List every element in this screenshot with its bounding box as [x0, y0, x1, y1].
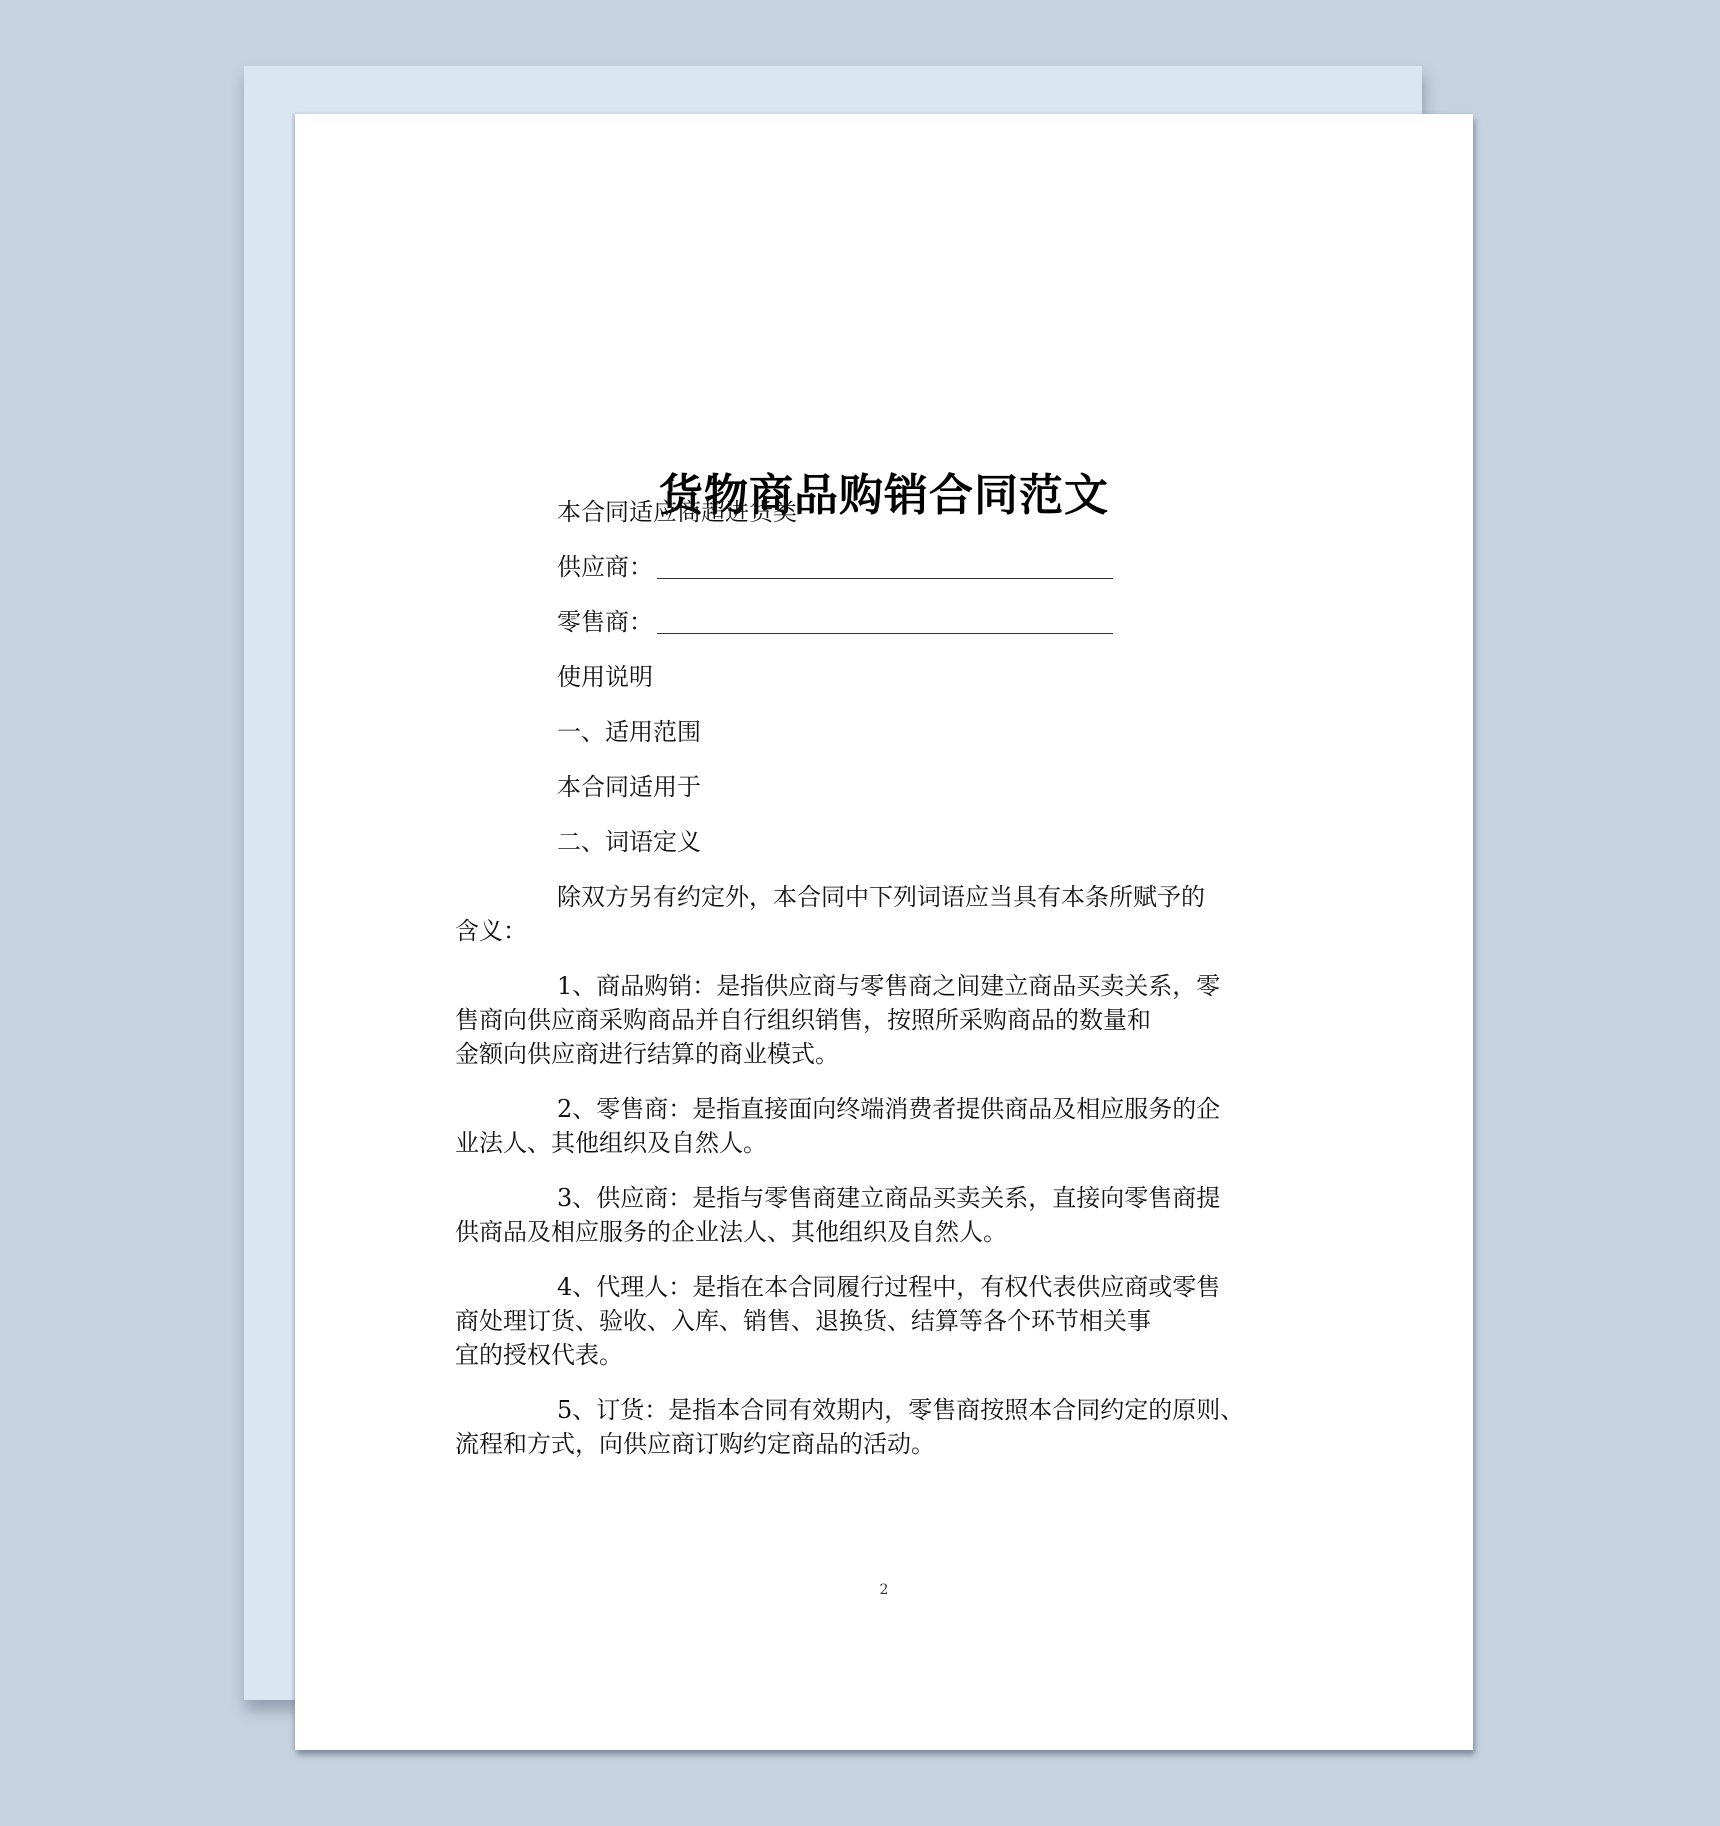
usage-heading: 使用说明	[506, 660, 1266, 694]
text-line: 含义：	[455, 914, 1266, 948]
definition-1: 1、商品购销：是指供应商与零售商之间建立商品买卖关系，零 售商向供应商采购商品并…	[506, 969, 1266, 1071]
page-number: 2	[295, 1582, 1473, 1598]
text-line: 除双方另有约定外，本合同中下列词语应当具有本条所赋予的	[506, 880, 1266, 914]
supplier-field: 供应商：	[506, 550, 1266, 584]
applicability-line: 本合同适应商超进货类	[506, 495, 1266, 529]
text-line: 金额向供应商进行结算的商业模式。	[455, 1037, 1266, 1071]
definitions-intro: 除双方另有约定外，本合同中下列词语应当具有本条所赋予的 含义：	[506, 880, 1266, 948]
section2-heading: 二、词语定义	[506, 825, 1266, 859]
text-line: 业法人、其他组织及自然人。	[455, 1126, 1266, 1160]
text-line: 商处理订货、验收、入库、销售、退换货、结算等各个环节相关事	[455, 1304, 1266, 1338]
text-line: 供商品及相应服务的企业法人、其他组织及自然人。	[455, 1215, 1266, 1249]
supplier-blank-line[interactable]	[657, 577, 1113, 579]
text-line: 流程和方式，向供应商订购约定商品的活动。	[455, 1427, 1266, 1461]
text-line: 售商向供应商采购商品并自行组织销售，按照所采购商品的数量和	[455, 1003, 1266, 1037]
retailer-field: 零售商：	[506, 605, 1266, 639]
section1-heading: 一、适用范围	[506, 715, 1266, 749]
section1-body: 本合同适用于	[506, 770, 1266, 804]
text-line: 5、订货：是指本合同有效期内，零售商按照本合同约定的原则、	[506, 1393, 1266, 1427]
text-line: 2、零售商：是指直接面向终端消费者提供商品及相应服务的企	[506, 1092, 1266, 1126]
definition-5: 5、订货：是指本合同有效期内，零售商按照本合同约定的原则、 流程和方式，向供应商…	[506, 1393, 1266, 1461]
definition-4: 4、代理人：是指在本合同履行过程中，有权代表供应商或零售 商处理订货、验收、入库…	[506, 1270, 1266, 1372]
definition-2: 2、零售商：是指直接面向终端消费者提供商品及相应服务的企 业法人、其他组织及自然…	[506, 1092, 1266, 1160]
supplier-label: 供应商：	[557, 553, 653, 581]
document-page: 货物商品购销合同范文 本合同适应商超进货类 供应商： 零售商： 使用说明 一、适…	[295, 114, 1473, 1750]
text-line: 3、供应商：是指与零售商建立商品买卖关系，直接向零售商提	[506, 1181, 1266, 1215]
retailer-blank-line[interactable]	[657, 632, 1113, 634]
text-line: 1、商品购销：是指供应商与零售商之间建立商品买卖关系，零	[506, 969, 1266, 1003]
text-line: 4、代理人：是指在本合同履行过程中，有权代表供应商或零售	[506, 1270, 1266, 1304]
text-line: 宜的授权代表。	[455, 1338, 1266, 1372]
document-body: 本合同适应商超进货类 供应商： 零售商： 使用说明 一、适用范围 本合同适用于 …	[506, 495, 1266, 1482]
retailer-label: 零售商：	[557, 608, 653, 636]
definition-3: 3、供应商：是指与零售商建立商品买卖关系，直接向零售商提 供商品及相应服务的企业…	[506, 1181, 1266, 1249]
